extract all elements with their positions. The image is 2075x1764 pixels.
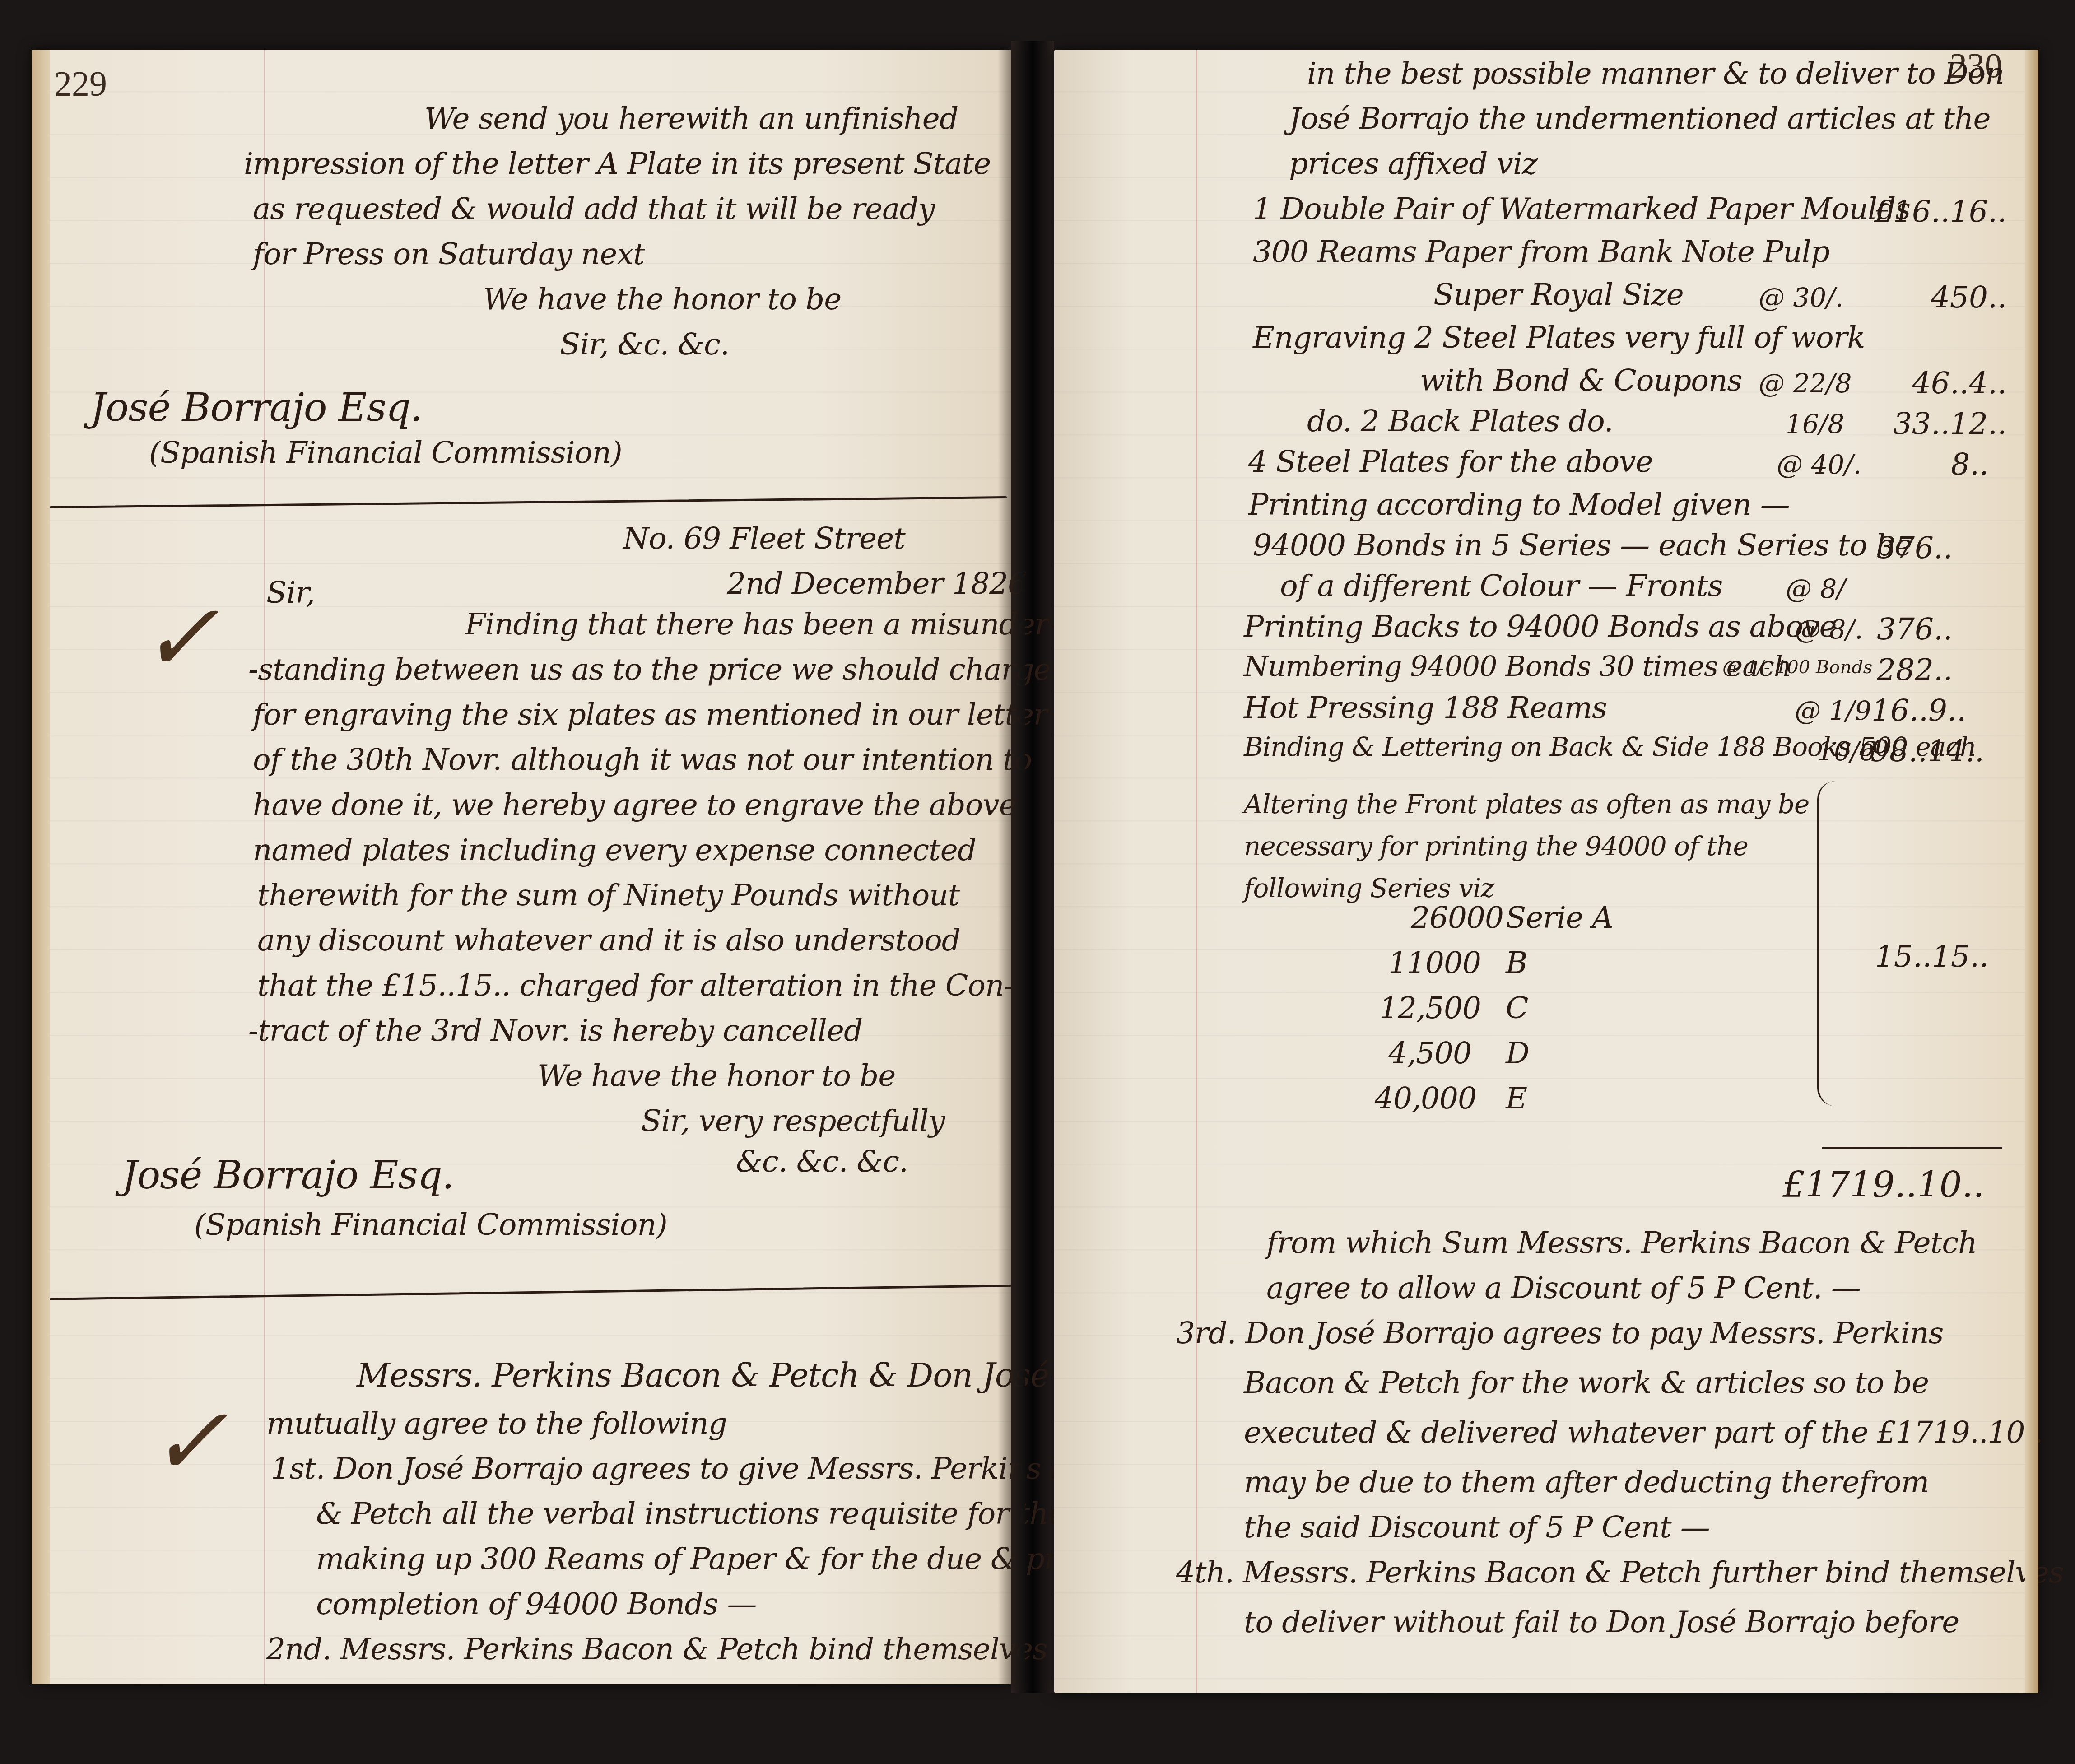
series-label: E [1506,1084,1527,1113]
addressee: José Borrajo Esq. [122,1156,454,1195]
item-amount: 16..9.. [1871,693,1966,728]
item-amount: 15..15.. [1875,939,1989,974]
item-description: 4 Steel Plates for the above [1248,447,1653,477]
closing-line: 4th. Messrs. Perkins Bacon & Petch furth… [1176,1558,2064,1587]
item-description: Printing Backs to 94000 Bonds as above [1244,612,1837,642]
agreement-line: 2nd. Messrs. Perkins Bacon & Petch bind … [266,1634,1137,1664]
closing: Sir, &c. &c. [560,330,729,359]
letter1-line: for Press on Saturday next [253,239,645,269]
series-count: 12,500 [1379,993,1481,1023]
closing-line: the said Discount of 5 P Cent — [1244,1513,1710,1542]
item-description: of a different Colour — Fronts [1280,571,1722,601]
section-divider [50,496,1007,508]
ledger-spread: 229 We send you herewith an unfinished i… [0,0,2075,1764]
letter2-line: -tract of the 3rd Novr. is hereby cancel… [248,1016,862,1046]
item-amount: 8.. [1951,447,1989,482]
closing: We have the honor to be [537,1061,895,1091]
item-rate: @ 30/. [1759,282,1843,313]
item-amount: 33..12.. [1893,406,2007,441]
item-rate: @ 8/ [1786,573,1846,604]
letter2-line: have done it, we hereby agree to engrave… [253,790,1016,820]
letter2-line: Finding that there has been a misunder- [465,610,1058,639]
series-count: 11000 [1388,948,1481,978]
addressee: José Borrajo Esq. [90,388,422,427]
item-description: 1 Double Pair of Watermarked Paper Mould… [1253,194,1910,224]
closing: Sir, very respectfully [641,1106,944,1136]
item-rate: @ 8/. [1795,614,1863,645]
item-description: with Bond & Coupons [1420,366,1742,396]
series-count: 26000 [1411,903,1503,933]
letter2-line: any discount whatever and it is also und… [257,926,960,955]
letter2-line: -standing between us as to the price we … [248,655,1051,684]
agreement-line: & Petch all the verbal instructions requ… [316,1499,1065,1529]
section-divider [50,1285,1011,1300]
item-description: Super Royal Size [1433,280,1684,310]
agreement-line: 1st. Don José Borrajo agrees to give Mes… [271,1454,1141,1484]
margin-rule [1196,50,1197,1693]
series-label: B [1506,948,1527,978]
series-label: Serie A [1506,903,1613,933]
letter1-line: as requested & would add that it will be… [253,194,935,224]
item-rate: 10/6 [1817,736,1876,767]
signature: &c. &c. &c. [736,1147,908,1177]
closing-line: to deliver without fail to Don José Borr… [1244,1607,1959,1637]
series-count: 40,000 [1375,1084,1476,1113]
item-description: Numbering 94000 Bonds 30 times each [1244,652,1791,680]
item-amount: 376.. [1877,531,1953,565]
item-rate: @ 1/- 100 Bonds [1722,657,1872,678]
letter2-address: No. 69 Fleet Street [623,524,905,554]
item-rate: @ 1/9 [1795,695,1871,726]
item-rate: @ 22/8 [1759,368,1852,399]
closing: We have the honor to be [483,284,841,314]
right-page: 230 in the best possible manner & to del… [1054,50,2038,1693]
item-amount: £16..16.. [1874,194,2007,229]
closing-line: 3rd. Don José Borrajo agrees to pay Mess… [1176,1318,1943,1348]
letter2-date: 2nd December 1826 [727,569,1026,599]
intro-line: in the best possible manner & to deliver… [1307,59,2004,88]
letter2-line: therewith for the sum of Ninety Pounds w… [257,880,959,910]
item-amount: 376.. [1877,612,1953,647]
letter2-line: of the 30th Novr. although it was not ou… [253,745,1032,775]
item-description: 94000 Bonds in 5 Series — each Series to… [1253,531,1912,560]
item-description: Hot Pressing 188 Reams [1244,693,1607,723]
closing-line: executed & delivered whatever part of th… [1244,1418,2043,1448]
closing-line: from which Sum Messrs. Perkins Bacon & P… [1266,1228,1977,1258]
item-amount: 98..14.. [1870,734,1984,768]
left-page: 229 We send you herewith an unfinished i… [32,50,1011,1684]
item-description: Altering the Front plates as often as ma… [1244,783,1858,909]
item-description: Engraving 2 Steel Plates very full of wo… [1253,323,1865,353]
intro-line: prices affixed viz [1289,149,1537,179]
agreement-line: mutually agree to the following [266,1409,727,1438]
addressee-title: (Spanish Financial Commission) [149,438,622,468]
closing-line: Bacon & Petch for the work & articles so… [1244,1368,1929,1398]
item-description: 300 Reams Paper from Bank Note Pulp [1253,237,1829,267]
agreement-line: completion of 94000 Bonds — [316,1589,756,1619]
letter2-line: named plates including every expense con… [253,835,976,865]
check-mark-icon: ✓ [140,582,219,693]
letter1-line: impression of the letter A Plate in its … [244,149,991,179]
item-description: do. 2 Back Plates do. [1307,406,1613,436]
addressee-title: (Spanish Financial Commission) [194,1210,667,1240]
total-rule [1822,1147,2002,1149]
item-amount: 450.. [1931,280,2007,315]
item-description: Printing according to Model given — [1248,490,1790,520]
item-rate: @ 40/. [1777,449,1861,480]
grand-total: £1719..10.. [1782,1165,1984,1205]
series-label: D [1506,1038,1529,1068]
letter2-line: that the £15..15.. charged for alteratio… [257,971,1014,1001]
closing-line: may be due to them after deducting there… [1244,1467,1929,1497]
bracket [1817,781,1837,1106]
closing-line: agree to allow a Discount of 5 P Cent. — [1266,1273,1861,1303]
salutation: Sir, [266,578,315,608]
agreement-line: making up 300 Reams of Paper & for the d… [316,1544,1125,1574]
check-mark-icon: ✓ [149,1386,228,1497]
letter2-line: for engraving the six plates as mentione… [253,700,1047,730]
item-amount: 46..4.. [1912,366,2007,400]
intro-line: José Borrajo the undermentioned articles… [1289,104,1991,134]
item-amount: 282.. [1877,652,1953,687]
series-label: C [1506,993,1528,1023]
page-number: 229 [54,63,107,104]
series-count: 4,500 [1388,1038,1471,1068]
item-rate: 16/8 [1786,409,1844,439]
letter1-line: We send you herewith an unfinished [424,104,958,134]
